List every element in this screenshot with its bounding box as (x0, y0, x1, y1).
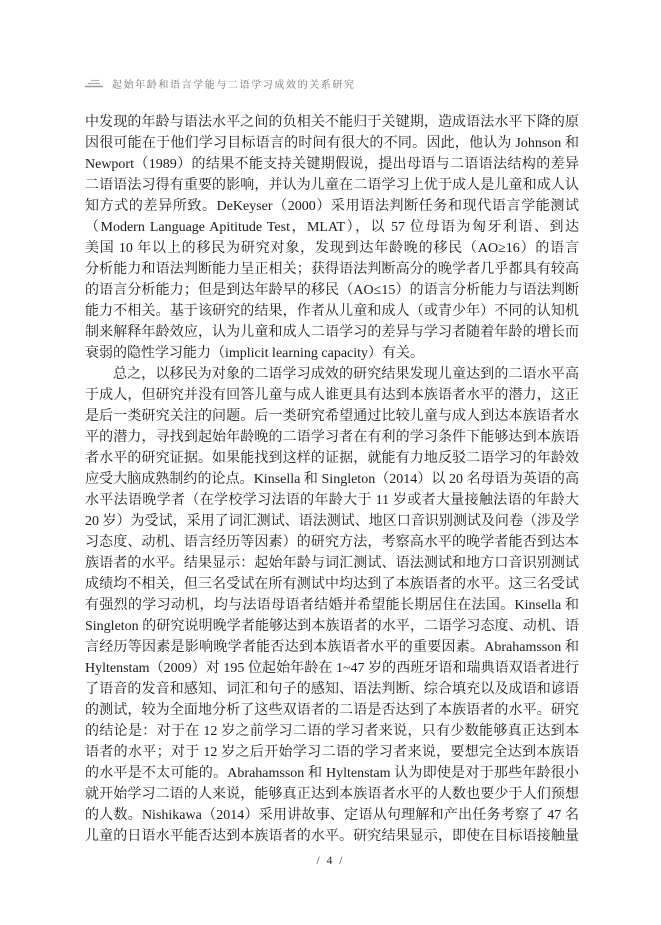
text-line: 了语音的发音和感知、词汇和句子的感知、语法判断、综合填充以及成语和谚语 (85, 679, 579, 700)
text-line: 因很可能在于他们学习目标语言的时间有很大的不同。因此，他认为 Johnson 和 (85, 133, 579, 154)
text-line: 二语语法习得有重要的影响，并认为儿童在二语学习上优于成人是儿童和成人认 (85, 175, 579, 196)
running-header-title: 起始年龄和语言学能与二语学习成效的关系研究 (112, 76, 356, 91)
text-line: 于成人，但研究并没有回答儿童与成人谁更具有达到本族语者水平的潜力，这正 (85, 385, 579, 406)
text-line: 言经历等因素是影响晚学者能否达到本族语者水平的重要因素。Abrahamsson … (85, 637, 579, 658)
text-line: 的人数。Nishikawa（2014）采用讲故事、定语从句理解和产出任务考察了 … (85, 805, 579, 826)
text-line: 应受大脑成熟制约的论点。Kinsella 和 Singleton（2014）以 … (85, 469, 579, 490)
text-line: 族语者的水平。结果显示：起始年龄与词汇测试、语法测试和地方口音识别测试 (85, 553, 579, 574)
text-line: 中发现的年龄与语法水平之间的负相关不能归于关键期，造成语法水平下降的原 (85, 112, 579, 133)
text-line: 儿童的日语水平能否达到本族语者的水平。研究结果显示，即使在目标语接触量 (85, 826, 579, 847)
text-line: 习态度、动机、语言经历等因素）的研究方法，考察高水平的晚学者能否到达本 (85, 532, 579, 553)
text-line: 者水平的研究证据。如果能找到这样的证据，就能有力地反驳二语学习的年龄效 (85, 448, 579, 469)
header-ornament-icon (85, 77, 107, 89)
text-line: 有强烈的学习动机，均与法语母语者结婚并希望能长期居住在法国。Kinsella 和 (85, 595, 579, 616)
running-header: 起始年龄和语言学能与二语学习成效的关系研究 (85, 74, 356, 92)
text-line: Singleton 的研究说明晚学者能够达到本族语者的水平，二语学习态度、动机、… (85, 616, 579, 637)
text-line: 成绩均不相关，但三名受试在所有测试中均达到了本族语者的水平。这三名受试 (85, 574, 579, 595)
text-line: 20 岁）为受试，采用了词汇测试、语法测试、地区口音识别测试及问卷（涉及学 (85, 511, 579, 532)
text-line: 平的潜力，寻找到起始年龄晚的二语学习者在有利的学习条件下能够达到本族语 (85, 427, 579, 448)
text-line: 美国 10 年以上的移民为研究对象，发现到达年龄晚的移民（AO≥16）的语言 (85, 238, 579, 259)
text-line: 知方式的差异所致。DeKeyser（2000）采用语法判断任务和现代语言学能测试 (85, 196, 579, 217)
paragraph: 总之，以移民为对象的二语学习成效的研究结果发现儿童达到的二语水平高于成人，但研究… (85, 364, 579, 847)
body-text: 中发现的年龄与语法水平之间的负相关不能归于关键期，造成语法水平下降的原因很可能在… (85, 112, 579, 847)
text-line: 能力不相关。基于该研究的结果，作者从儿童和成人（或青少年）不同的认知机 (85, 301, 579, 322)
text-line: Hyltenstam（2009）对 195 位起始年龄在 1~47 岁的西班牙语… (85, 658, 579, 679)
page-number: / 4 / (317, 855, 345, 867)
text-line: 的语言分析能力；但是到达年龄早的移民（AO≤15）的语言分析能力与语法判断 (85, 280, 579, 301)
text-line: 分析能力和语法判断能力呈正相关；获得语法判断高分的晚学者几乎都具有较高 (85, 259, 579, 280)
paragraph: 中发现的年龄与语法水平之间的负相关不能归于关键期，造成语法水平下降的原因很可能在… (85, 112, 579, 364)
document-page: 起始年龄和语言学能与二语学习成效的关系研究 中发现的年龄与语法水平之间的负相关不… (0, 0, 661, 925)
text-line: 的水平是不太可能的。Abrahamsson 和 Hyltenstam 认为即使是… (85, 763, 579, 784)
page-footer: / 4 / (0, 851, 661, 869)
text-line: 水平法语晚学者（在学校学习法语的年龄大于 11 岁或者大量接触法语的年龄大于 (85, 490, 579, 511)
text-line: 衰弱的隐性学习能力（implicit learning capacity）有关。 (85, 343, 579, 364)
text-line: 制来解释年龄效应，认为儿童和成人二语学习的差异与学习者随着年龄的增长而 (85, 322, 579, 343)
text-line: 语者的水平；对于 12 岁之后开始学习二语的学习者来说，要想完全达到本族语者 (85, 742, 579, 763)
text-line: 是后一类研究关注的问题。后一类研究希望通过比较儿童与成人到达本族语者水 (85, 406, 579, 427)
text-line: 就开始学习二语的人来说，能够真正达到本族语者水平的人数也要少于人们预想 (85, 784, 579, 805)
text-line: 的结论是：对于在 12 岁之前学习二语的学习者来说，只有少数能够真正达到本族 (85, 721, 579, 742)
text-line: 总之，以移民为对象的二语学习成效的研究结果发现儿童达到的二语水平高 (85, 364, 579, 385)
text-line: Newport（1989）的结果不能支持关键期假说，提出母语与二语语法结构的差异… (85, 154, 579, 175)
text-line: 的测试，较为全面地分析了这些双语者的二语是否达到了本族语者的水平。研究 (85, 700, 579, 721)
text-line: （Modern Language Apititude Test，MLAT），以 … (85, 217, 579, 238)
